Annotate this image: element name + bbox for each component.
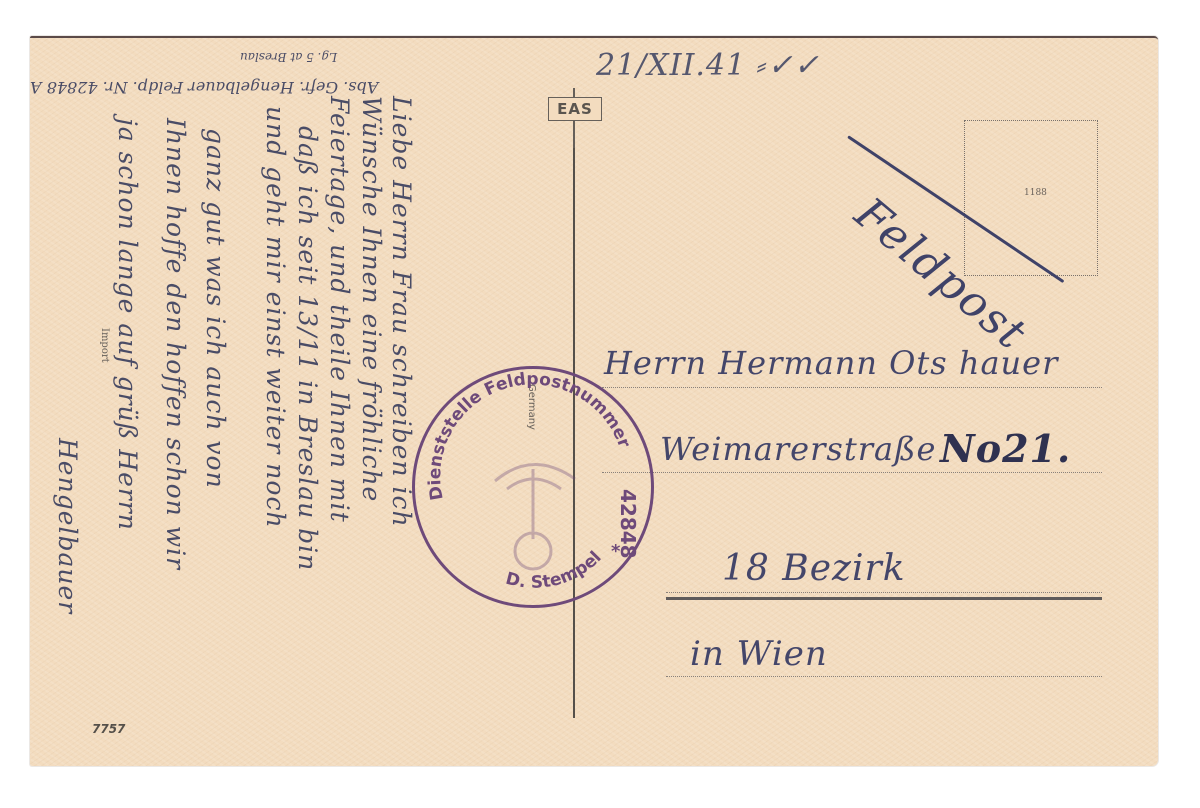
date-note: 21/XII.41 ⸗✓✓	[596, 48, 820, 83]
address-rule-3	[666, 592, 1102, 593]
address-street: Weimarerstraße	[660, 430, 936, 468]
stamp-box-number: 1188	[1024, 188, 1047, 198]
message-line: ganz gut was ich auch von	[201, 128, 230, 489]
message-line: Liebe Herrn Frau schreiben ich	[387, 96, 416, 528]
postmark-text-ring: Dienststelle Feldpostnummer D. Stempel 4…	[415, 369, 651, 605]
svg-text:D. Stempel: D. Stempel	[504, 548, 606, 593]
import-label: Import	[99, 328, 110, 363]
message-line: daß ich seit 13/11 in Breslau bin	[293, 126, 322, 571]
address-rule-2	[602, 472, 1102, 473]
address-rule-1	[602, 387, 1102, 388]
svg-text:*: *	[611, 541, 621, 562]
address-rule-4	[666, 676, 1102, 677]
postmark-bottom-text: D. Stempel	[504, 548, 606, 593]
message-line: ja schon lange auf grüß Herrn	[113, 118, 142, 531]
message-line: Ihnen hoffe den hoffen schon wir	[161, 118, 190, 570]
postmark: Dienststelle Feldpostnummer D. Stempel 4…	[412, 366, 654, 608]
postmark-top-text: Dienststelle Feldpostnummer	[425, 369, 634, 501]
message-line: Feiertage, und theile Ihnen mit	[325, 96, 354, 523]
sender-line-2: Lg. 5 at Breslau	[240, 50, 337, 64]
message-signature: Hengelbauer	[53, 438, 82, 614]
publisher-mark: EAS	[548, 97, 602, 121]
sender-line: Abs. Gefr. Hengelbauer Feldp. Nr. 42848 …	[30, 78, 378, 97]
postcard: 21/XII.41 ⸗✓✓ EAS 1188 Feldpost Germany …	[30, 36, 1158, 766]
stamp-box	[964, 120, 1098, 276]
address-house-number: No21.	[940, 426, 1071, 471]
address-city: in Wien	[690, 634, 828, 674]
message-line: Wünsche Ihnen eine fröhliche	[357, 96, 386, 502]
message-line: und geht mir einst weiter noch	[261, 106, 290, 529]
address-district: 18 Bezirk	[722, 548, 906, 589]
print-number: 7757	[92, 722, 125, 736]
address-rule-3-thick	[666, 597, 1102, 600]
svg-text:Dienststelle Feldpostnummer: Dienststelle Feldpostnummer	[425, 369, 634, 501]
address-recipient: Herrn Hermann Ots hauer	[604, 344, 1058, 382]
